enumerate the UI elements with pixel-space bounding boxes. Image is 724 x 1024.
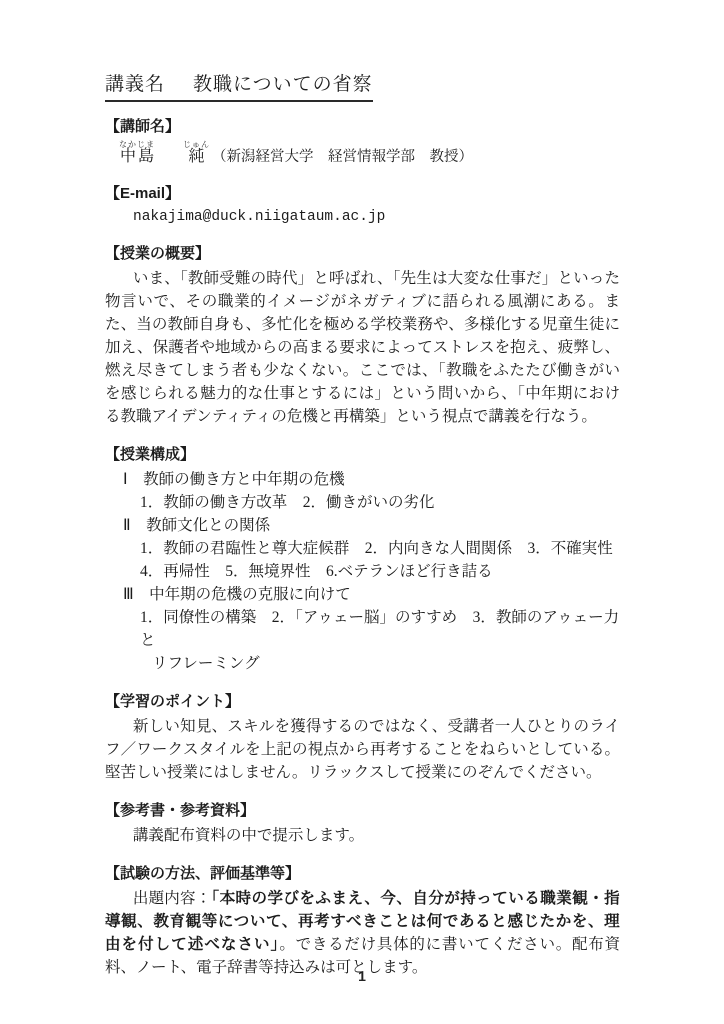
lecturer-first-name-ruby: 純じゅん	[183, 148, 206, 165]
structure-line: 1．教師の働き方改革 2．働きがいの劣化	[105, 491, 620, 514]
lecturer-affiliation: （新潟経営大学 経営情報学部 教授）	[212, 149, 473, 165]
learning-points-paragraph: 新しい知見、スキルを獲得するのではなく、受講者一人ひとりのライフ／ワークスタイル…	[105, 715, 620, 784]
structure-line: Ⅲ 中年期の危機の克服に向けて	[105, 583, 620, 606]
lecturer-last-name-ruby: 中島なかじま	[119, 148, 155, 165]
page-content: 講義名教職についての省察 【講師名】 中島なかじま純じゅん（新潟経営大学 経営情…	[0, 0, 724, 979]
lecture-title-row: 講義名教職についての省察	[105, 73, 620, 102]
exam-paragraph: 出題内容：「本時の学びをふまえ、今、自分が持っている職業観・指導観、教育観等につ…	[105, 887, 620, 979]
lecturer-first-name: 純	[183, 148, 210, 165]
lecturer-first-name-kana: じゅん	[183, 140, 210, 149]
structure-line: Ⅰ 教師の働き方と中年期の危機	[105, 468, 620, 491]
learning-points-section-heading: 【学習のポイント】	[105, 692, 620, 711]
overview-paragraph: いま、「教師受難の時代」と呼ばれ、「先生は大変な仕事だ」といった物言いで、その職…	[105, 267, 620, 428]
structure-line: 1．同僚性の構築 2．「アゥェー脳」のすすめ 3．教師のアゥェー力と	[105, 606, 620, 652]
structure-line: Ⅱ 教師文化との関係	[105, 514, 620, 537]
lecture-title: 教職についての省察	[193, 74, 373, 95]
lecturer-last-name-kana: なかじま	[119, 140, 155, 149]
email-section-heading: 【E-mail】	[105, 184, 620, 203]
syllabus-page: 講義名教職についての省察 【講師名】 中島なかじま純じゅん（新潟経営大学 経営情…	[0, 0, 724, 1024]
references-section-heading: 【参考書・参考資料】	[105, 801, 620, 820]
references-paragraph: 講義配布資料の中で提示します。	[105, 824, 620, 847]
lecturer-name-row: 中島なかじま純じゅん（新潟経営大学 経営情報学部 教授）	[119, 140, 620, 167]
exam-section-heading: 【試験の方法、評価基準等】	[105, 864, 620, 883]
structure-line: リフレーミング	[105, 652, 620, 675]
exam-prefix: 出題内容：	[133, 890, 211, 907]
lecture-title-label: 講義名	[105, 74, 165, 95]
overview-section-heading: 【授業の概要】	[105, 244, 620, 263]
lecturer-section-heading: 【講師名】	[105, 117, 620, 136]
structure-line: 1．教師の君臨性と尊大症候群 2．内向きな人間関係 3．不確実性	[105, 537, 620, 560]
structure-section-heading: 【授業構成】	[105, 445, 620, 464]
structure-line: 4．再帰性 5．無境界性 6.ベテランほど行き詰る	[105, 560, 620, 583]
lecturer-last-name: 中島	[119, 148, 155, 165]
page-number: 1	[0, 968, 724, 984]
lecture-title-underline: 講義名教職についての省察	[105, 73, 373, 102]
email-address: nakajima@duck.niigataum.ac.jp	[105, 207, 620, 227]
